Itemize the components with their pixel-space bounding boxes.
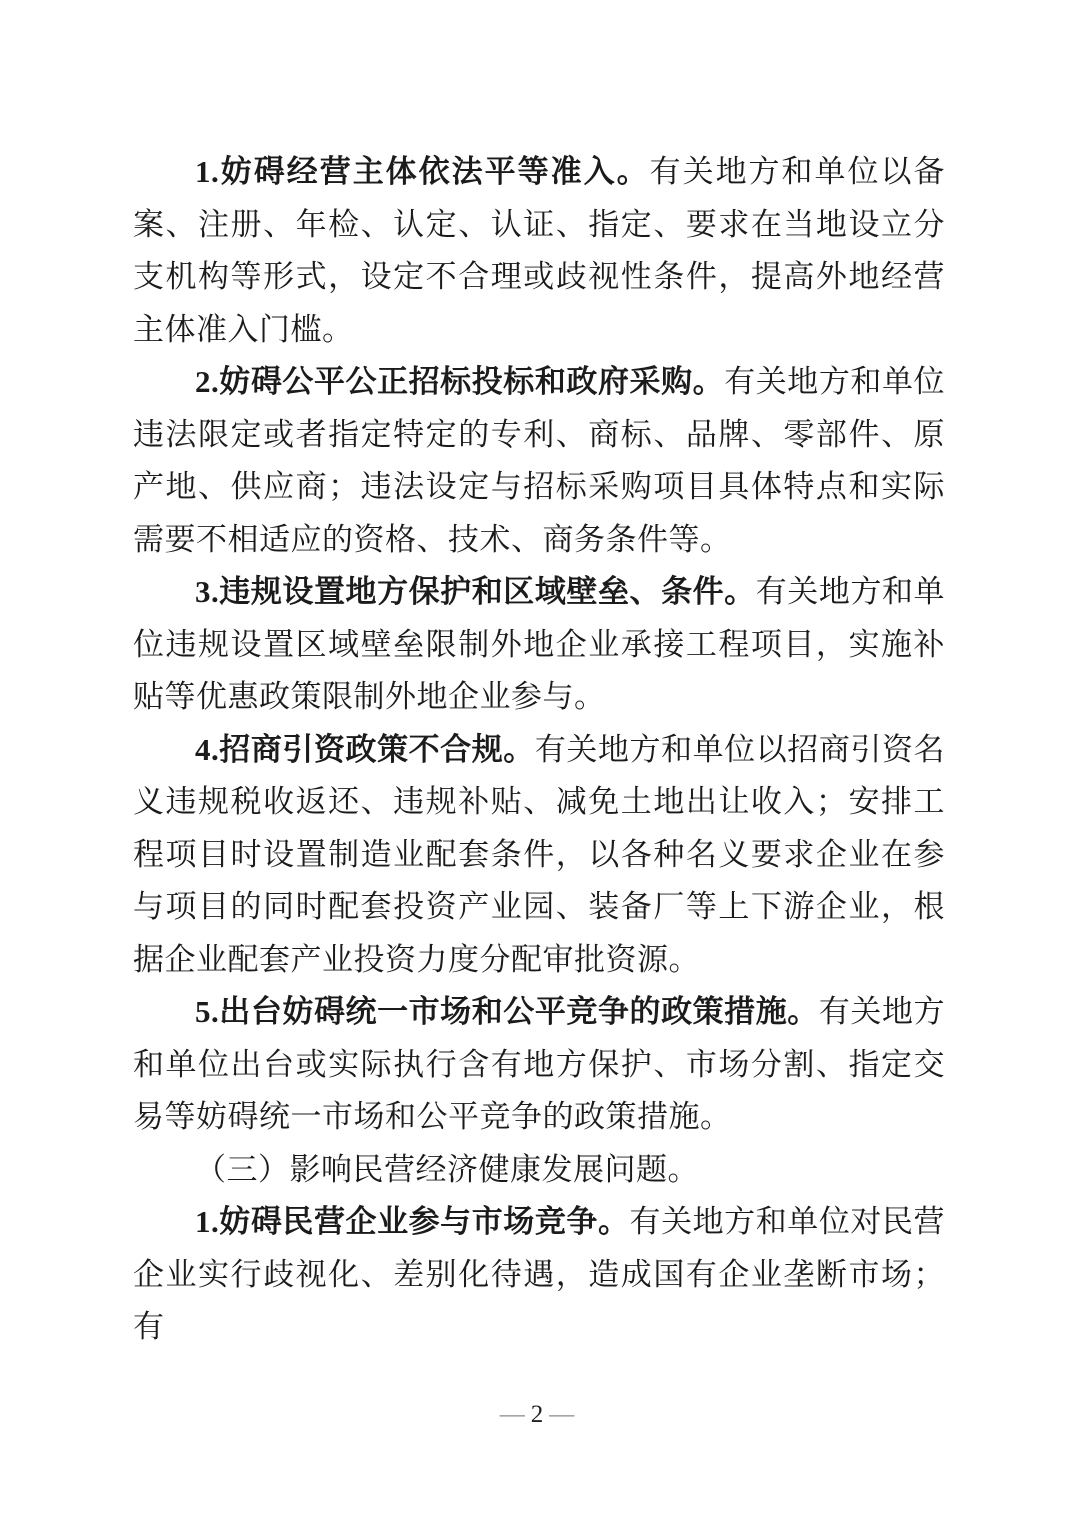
paragraph-item-2: 2.妨碍公平公正招标投标和政府采购。有关地方和单位违法限定或者指定特定的专利、商… [133, 356, 945, 566]
document-page: 1.妨碍经营主体依法平等准入。有关地方和单位以备案、注册、年检、认定、认证、指定… [0, 0, 1074, 1520]
page-number: 2 [531, 1401, 544, 1428]
paragraph-item-6: 1.妨碍民营企业参与市场竞争。有关地方和单位对民营企业实行歧视化、差别化待遇，造… [133, 1196, 945, 1354]
footer-dash-right: — [543, 1401, 580, 1428]
section-heading: （三）影响民营经济健康发展问题。 [133, 1144, 945, 1197]
footer-dash-left: — [494, 1401, 531, 1428]
section-heading-text: （三）影响民营经济健康发展问题。 [195, 1152, 699, 1187]
paragraph-lead: 1.妨碍经营主体依法平等准入。 [195, 154, 650, 189]
page-footer: —2— [0, 1398, 1074, 1432]
paragraph-lead: 1.妨碍民营企业参与市场竞争。 [195, 1204, 630, 1239]
paragraph-body: 有关地方和单位以招商引资名义违规税收返还、违规补贴、减免土地出让收入；安排工程项… [133, 732, 945, 977]
paragraph-lead: 2.妨碍公平公正招标投标和政府采购。 [195, 364, 724, 399]
document-body: 1.妨碍经营主体依法平等准入。有关地方和单位以备案、注册、年检、认定、认证、指定… [133, 146, 945, 1354]
paragraph-item-1: 1.妨碍经营主体依法平等准入。有关地方和单位以备案、注册、年检、认定、认证、指定… [133, 146, 945, 356]
paragraph-item-4: 4.招商引资政策不合规。有关地方和单位以招商引资名义违规税收返还、违规补贴、减免… [133, 724, 945, 987]
paragraph-lead: 3.违规设置地方保护和区域壁垒、条件。 [195, 574, 756, 609]
paragraph-item-5: 5.出台妨碍统一市场和公平竞争的政策措施。有关地方和单位出台或实际执行含有地方保… [133, 986, 945, 1144]
paragraph-lead: 4.招商引资政策不合规。 [195, 732, 535, 767]
paragraph-lead: 5.出台妨碍统一市场和公平竞争的政策措施。 [195, 994, 819, 1029]
paragraph-item-3: 3.违规设置地方保护和区域壁垒、条件。有关地方和单位违规设置区域壁垒限制外地企业… [133, 566, 945, 724]
